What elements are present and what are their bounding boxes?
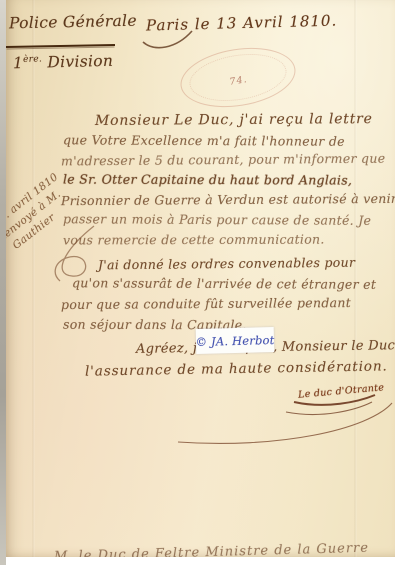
signature-long-flourish [178, 403, 392, 443]
signature-underline-1 [294, 395, 375, 405]
copyright-watermark: © JA. Herbot [196, 327, 275, 354]
pen-flourishes [6, 0, 395, 557]
scanned-letter-page: { "letter": { "header": { "service": "Po… [0, 0, 395, 565]
copyright-watermark-text: © JA. Herbot [195, 332, 274, 348]
margin-paraph [55, 226, 94, 281]
dateline-swash [143, 31, 192, 48]
letter-paper: Police Générale 1ère. Division Paris le … [6, 0, 395, 557]
